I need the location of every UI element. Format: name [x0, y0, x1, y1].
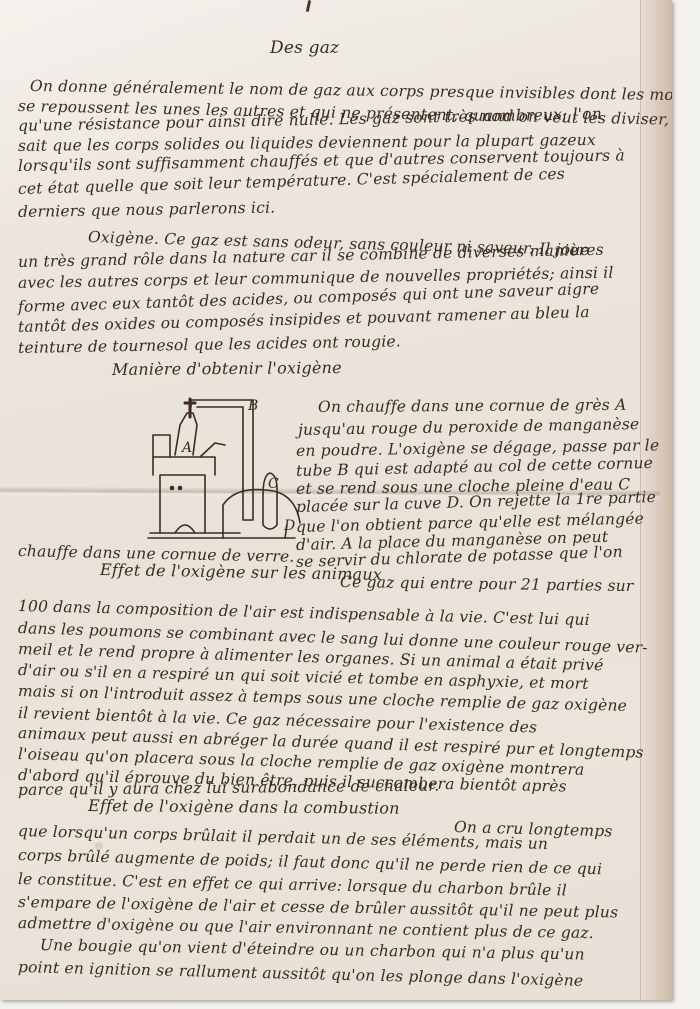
section-heading-combustion: Effet de l'oxigène dans la combustion	[88, 796, 400, 818]
diagram-label-a: A	[182, 440, 192, 456]
diagram-label-d: D	[284, 518, 295, 534]
section-heading-preparation: Manière d'obtenir l'oxigène	[112, 358, 342, 379]
text-line: point en ignition se rallument aussitôt …	[18, 958, 584, 990]
text-line: jusqu'au rouge du peroxide de manganèse	[298, 415, 640, 439]
diagram-label-b: B	[248, 398, 259, 414]
page-title: Des gaz	[270, 38, 339, 58]
text-line: On chauffe dans une cornue de grès A	[318, 396, 627, 416]
text-line: teinture de tournesol que les acides ont…	[18, 332, 401, 357]
manuscript-page: Des gaz On donne généralement le nom de …	[0, 0, 672, 1000]
text-line: Ce gaz qui entre pour 21 parties sur	[340, 573, 634, 595]
text-line: parce qu'il y aura chez lui surabondance…	[18, 777, 440, 799]
oxygen-apparatus-diagram	[145, 395, 305, 545]
diagram-label-c: C	[268, 476, 279, 492]
